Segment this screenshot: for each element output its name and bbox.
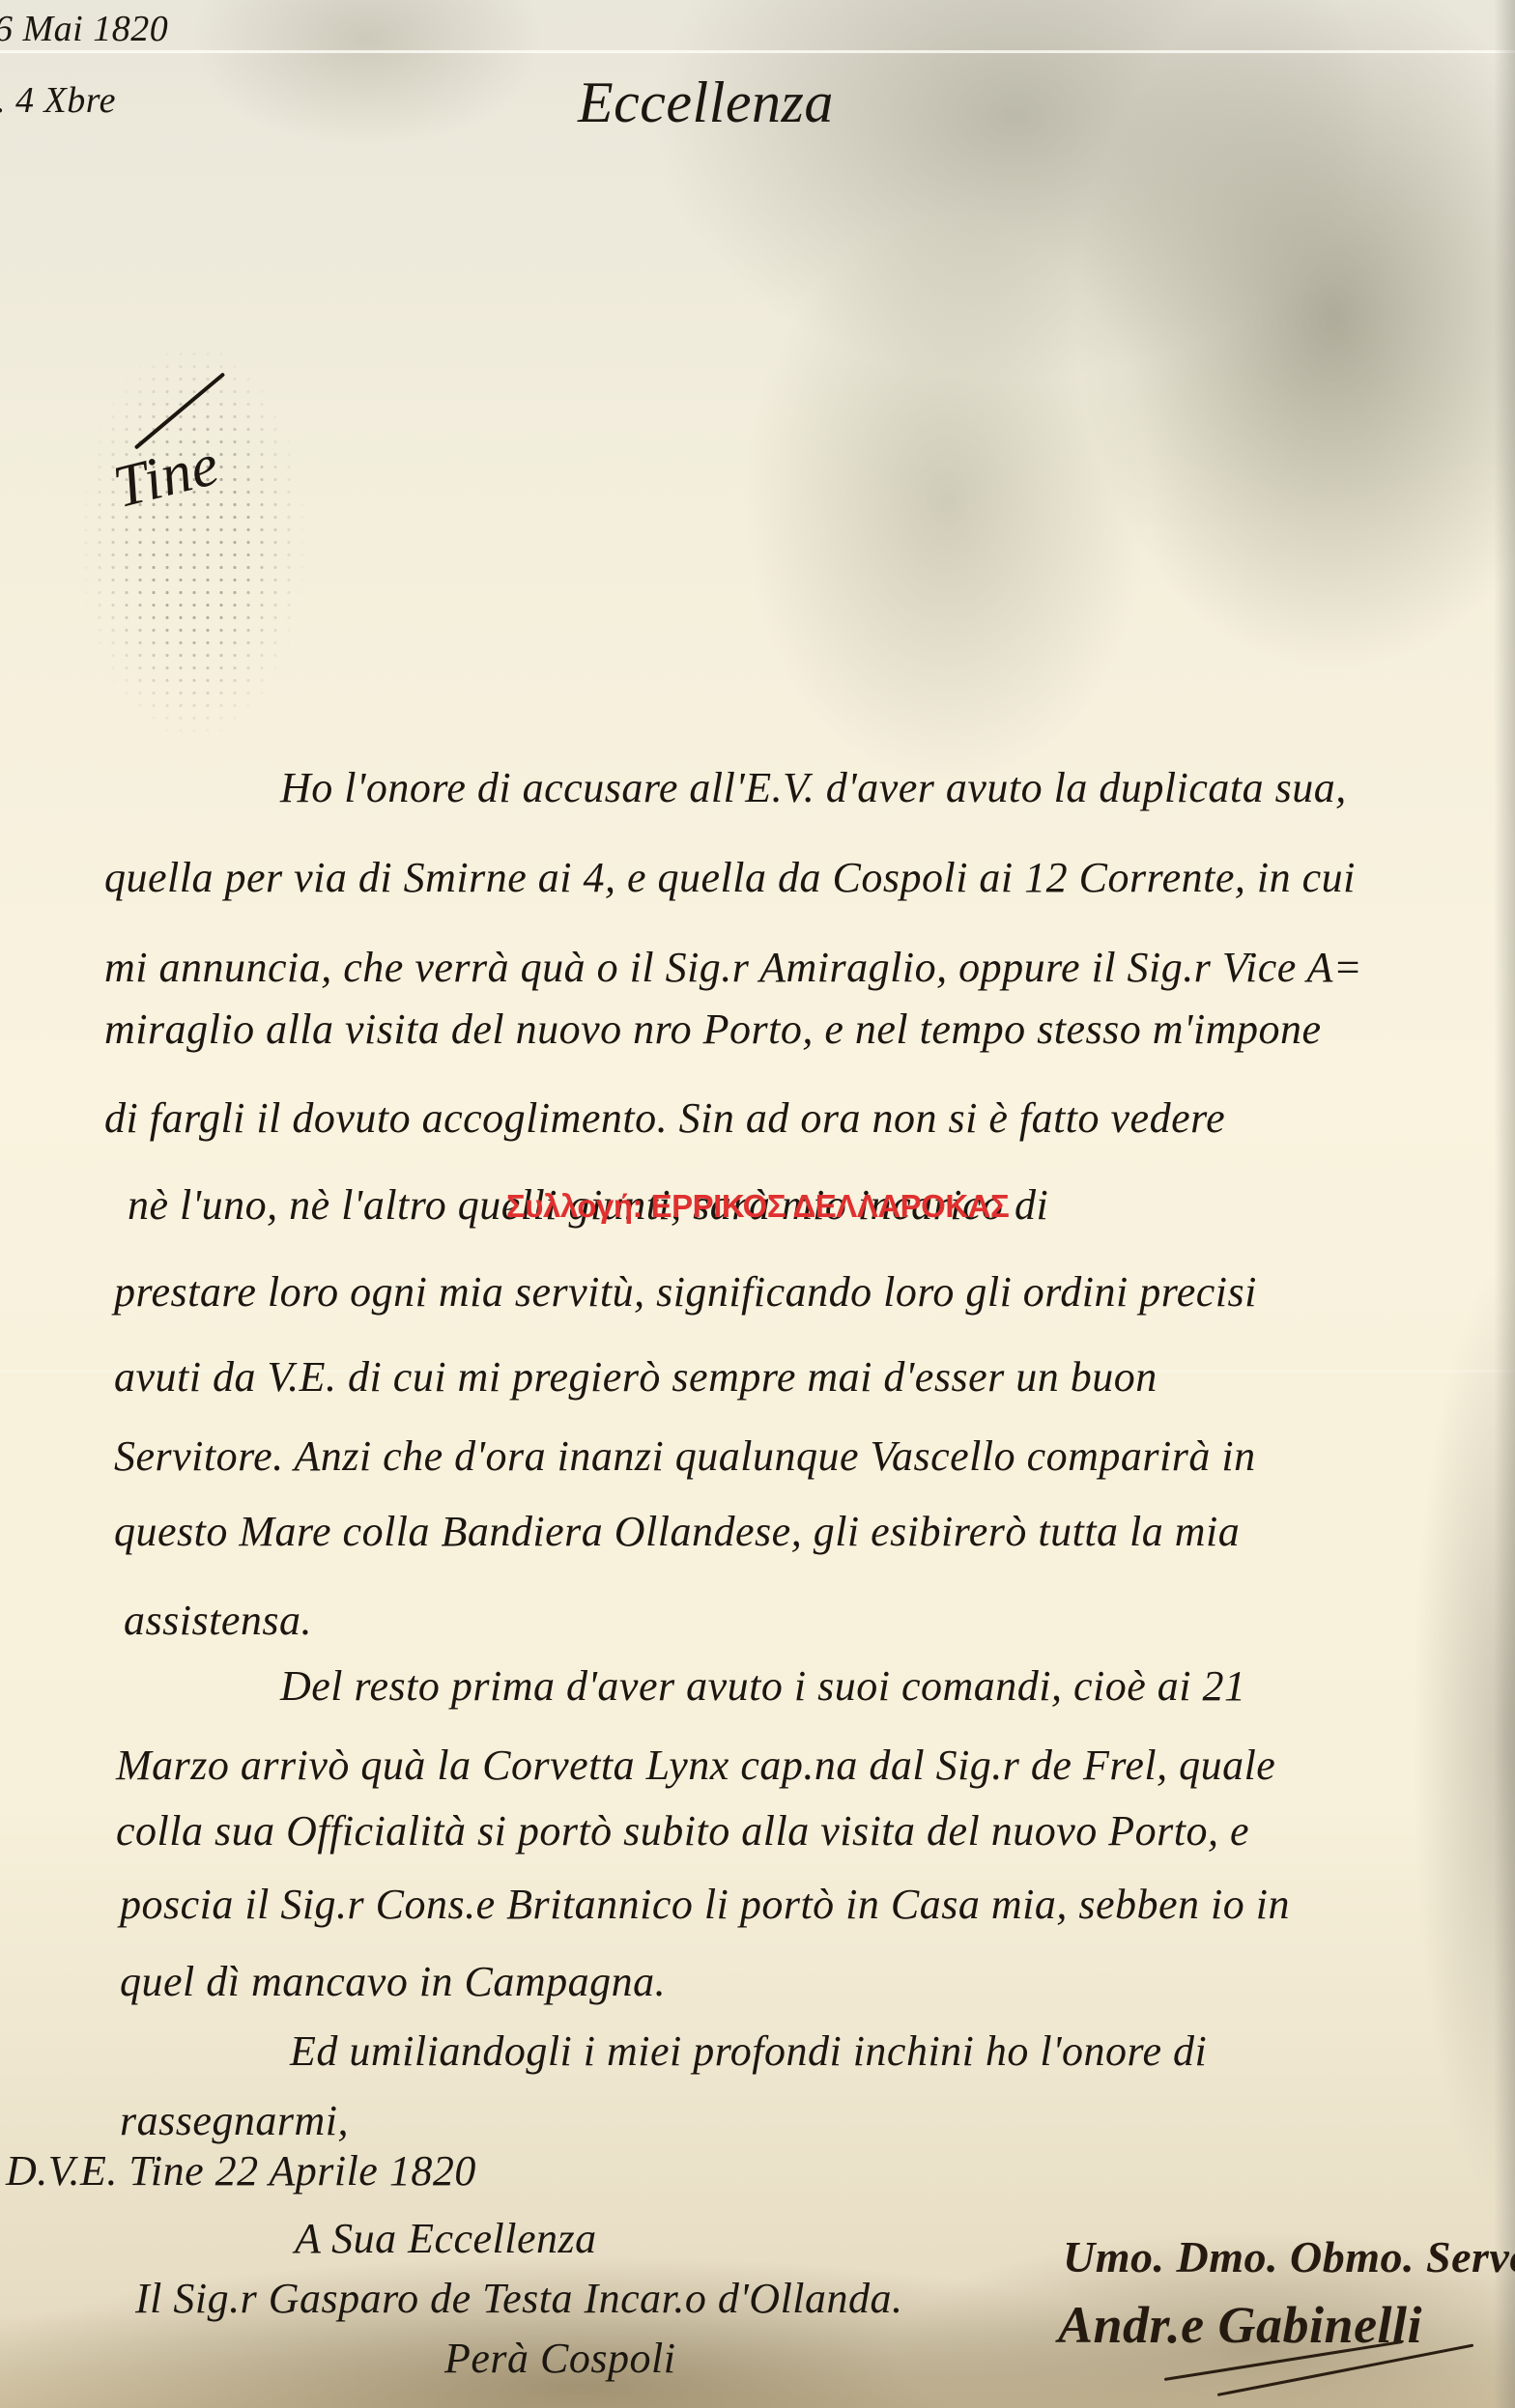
body-line: Marzo arrivò quà la Corvetta Lynx cap.na… [116,1741,1275,1790]
recipient-line-3: Perà Cospoli [444,2334,675,2383]
body-line: avuti da V.E. di cui mi pregierò sempre … [114,1352,1158,1402]
body-line: poscia il Sig.r Cons.e Britannico li por… [120,1880,1290,1929]
body-line: Servitore. Anzi che d'ora inanzi qualunq… [114,1431,1256,1481]
ink-dot-pattern [39,222,406,821]
recipient-line-2: Il Sig.r Gasparo de Testa Incar.o d'Olla… [135,2274,903,2323]
collection-watermark: Συλλογή: ΕΡΡΙΚΟΣ ΔΕΛΛΑΡΟΚΑΣ [506,1188,1009,1225]
recipient-line-1: A Sua Eccellenza [295,2214,597,2263]
body-line: miraglio alla visita del nuovo nro Porto… [104,1005,1322,1054]
archive-note-date: 6 Mai 1820 [0,8,168,50]
body-line: quel dì mancavo in Campagna. [120,1957,666,2006]
body-line: Ho l'onore di accusare all'E.V. d'aver a… [280,763,1347,812]
body-line: prestare loro ogni mia servitù, signific… [114,1267,1257,1317]
body-line: di fargli il dovuto accoglimento. Sin ad… [104,1093,1225,1143]
paper-edge-shadow [1494,0,1515,2408]
body-line: assistensa. [124,1596,312,1645]
body-line: quella per via di Smirne ai 4, e quella … [104,853,1356,902]
signature-formula: Umo. Dmo. Obmo. Servo [1063,2231,1515,2282]
body-line: Del resto prima d'aver avuto i suoi coma… [280,1661,1245,1711]
body-line: rassegnarmi, [120,2096,349,2145]
body-line: mi annuncia, che verrà quà o il Sig.r Am… [104,943,1362,992]
body-line: questo Mare colla Bandiera Ollandese, gl… [114,1507,1240,1556]
salutation-title: Eccellenza [578,70,834,136]
closing-date-line: D.V.E. Tine 22 Aprile 1820 [6,2146,476,2196]
body-line: colla sua Officialità si portò subito al… [116,1806,1249,1856]
archive-note-reference: . 4 Xbre [0,79,116,122]
paper-fold-line [0,50,1515,53]
body-line: Ed umiliandogli i miei profondi inchini … [290,2026,1207,2076]
